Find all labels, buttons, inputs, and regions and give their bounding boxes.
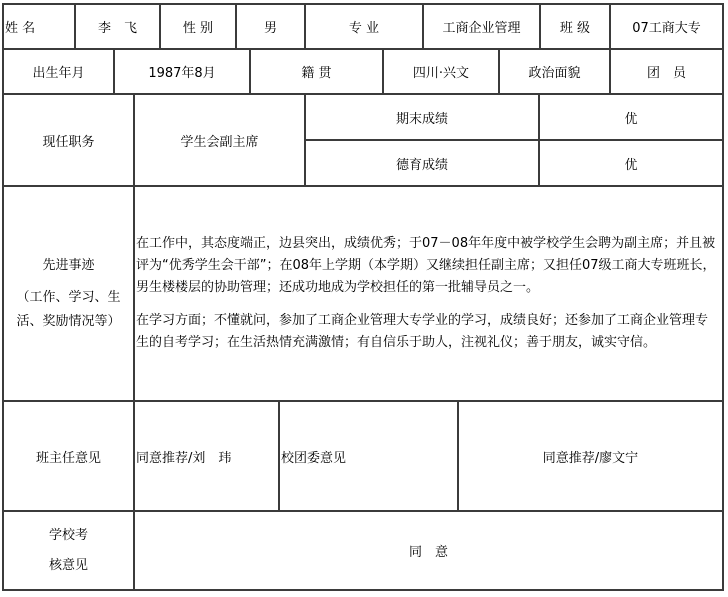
school-assessment-label: 学校考 核意见	[4, 512, 135, 589]
moral-grade-row: 德育成绩 优	[306, 141, 722, 185]
deeds-paragraph-2: 在学习方面；不懂就问，参加了工商企业管理大专学业的学习，成绩良好；还参加了工商企…	[136, 310, 720, 354]
deeds-label-note: （工作、学习、生活、奖励情况等）	[6, 286, 131, 334]
position-value: 学生会副主席	[135, 95, 306, 185]
native-place-value: 四川·兴文	[384, 50, 500, 93]
row-position-grades: 现任职务 学生会副主席 期末成绩 优 德育成绩 优	[4, 95, 722, 187]
deeds-paragraph-1: 在工作中，其态度端正，边县突出，成绩优秀；于07－08年年度中被学校学生会聘为副…	[136, 233, 720, 299]
major-value: 工商企业管理	[424, 5, 541, 48]
native-place-label: 籍 贯	[251, 50, 384, 93]
birth-value: 1987年8月	[115, 50, 251, 93]
league-committee-opinion-label: 校团委意见	[280, 402, 459, 510]
name-value: 李 飞	[76, 5, 161, 48]
league-committee-opinion-value: 同意推荐/廖文宁	[459, 402, 722, 510]
final-grade-row: 期末成绩 优	[306, 95, 722, 141]
class-label: 班 级	[541, 5, 611, 48]
deeds-content: 在工作中，其态度端正，边县突出，成绩优秀；于07－08年年度中被学校学生会聘为副…	[135, 187, 722, 400]
final-grade-value: 优	[540, 95, 722, 139]
deeds-label-title: 先进事迹	[42, 254, 94, 278]
gender-value: 男	[237, 5, 306, 48]
row-opinions: 班主任意见 同意推荐/刘 玮 校团委意见 同意推荐/廖文宁	[4, 402, 722, 512]
moral-grade-label: 德育成绩	[306, 141, 540, 185]
row-basic-info-1: 姓 名 李 飞 性 别 男 专 业 工商企业管理 班 级 07工商大专	[4, 5, 722, 50]
birth-label: 出生年月	[4, 50, 115, 93]
class-teacher-opinion-value: 同意推荐/刘 玮	[135, 402, 280, 510]
school-assessment-label-line1: 学校考	[49, 521, 88, 551]
row-advanced-deeds: 先进事迹 （工作、学习、生活、奖励情况等） 在工作中，其态度端正，边县突出，成绩…	[4, 187, 722, 402]
major-label: 专 业	[306, 5, 424, 48]
position-label: 现任职务	[4, 95, 135, 185]
school-assessment-value: 同 意	[135, 512, 722, 589]
political-status-label: 政治面貌	[500, 50, 611, 93]
class-teacher-opinion-label: 班主任意见	[4, 402, 135, 510]
final-grade-label: 期末成绩	[306, 95, 540, 139]
deeds-label: 先进事迹 （工作、学习、生活、奖励情况等）	[4, 187, 135, 400]
student-recommendation-form: 姓 名 李 飞 性 别 男 专 业 工商企业管理 班 级 07工商大专 出生年月…	[2, 3, 724, 591]
moral-grade-value: 优	[540, 141, 722, 185]
gender-label: 性 别	[161, 5, 237, 48]
school-assessment-label-line2: 核意见	[49, 551, 88, 581]
name-label: 姓 名	[4, 5, 76, 48]
row-school-assessment: 学校考 核意见 同 意	[4, 512, 722, 589]
row-basic-info-2: 出生年月 1987年8月 籍 贯 四川·兴文 政治面貌 团 员	[4, 50, 722, 95]
grades-subgrid: 期末成绩 优 德育成绩 优	[306, 95, 722, 185]
class-value: 07工商大专	[611, 5, 722, 48]
political-status-value: 团 员	[611, 50, 722, 93]
